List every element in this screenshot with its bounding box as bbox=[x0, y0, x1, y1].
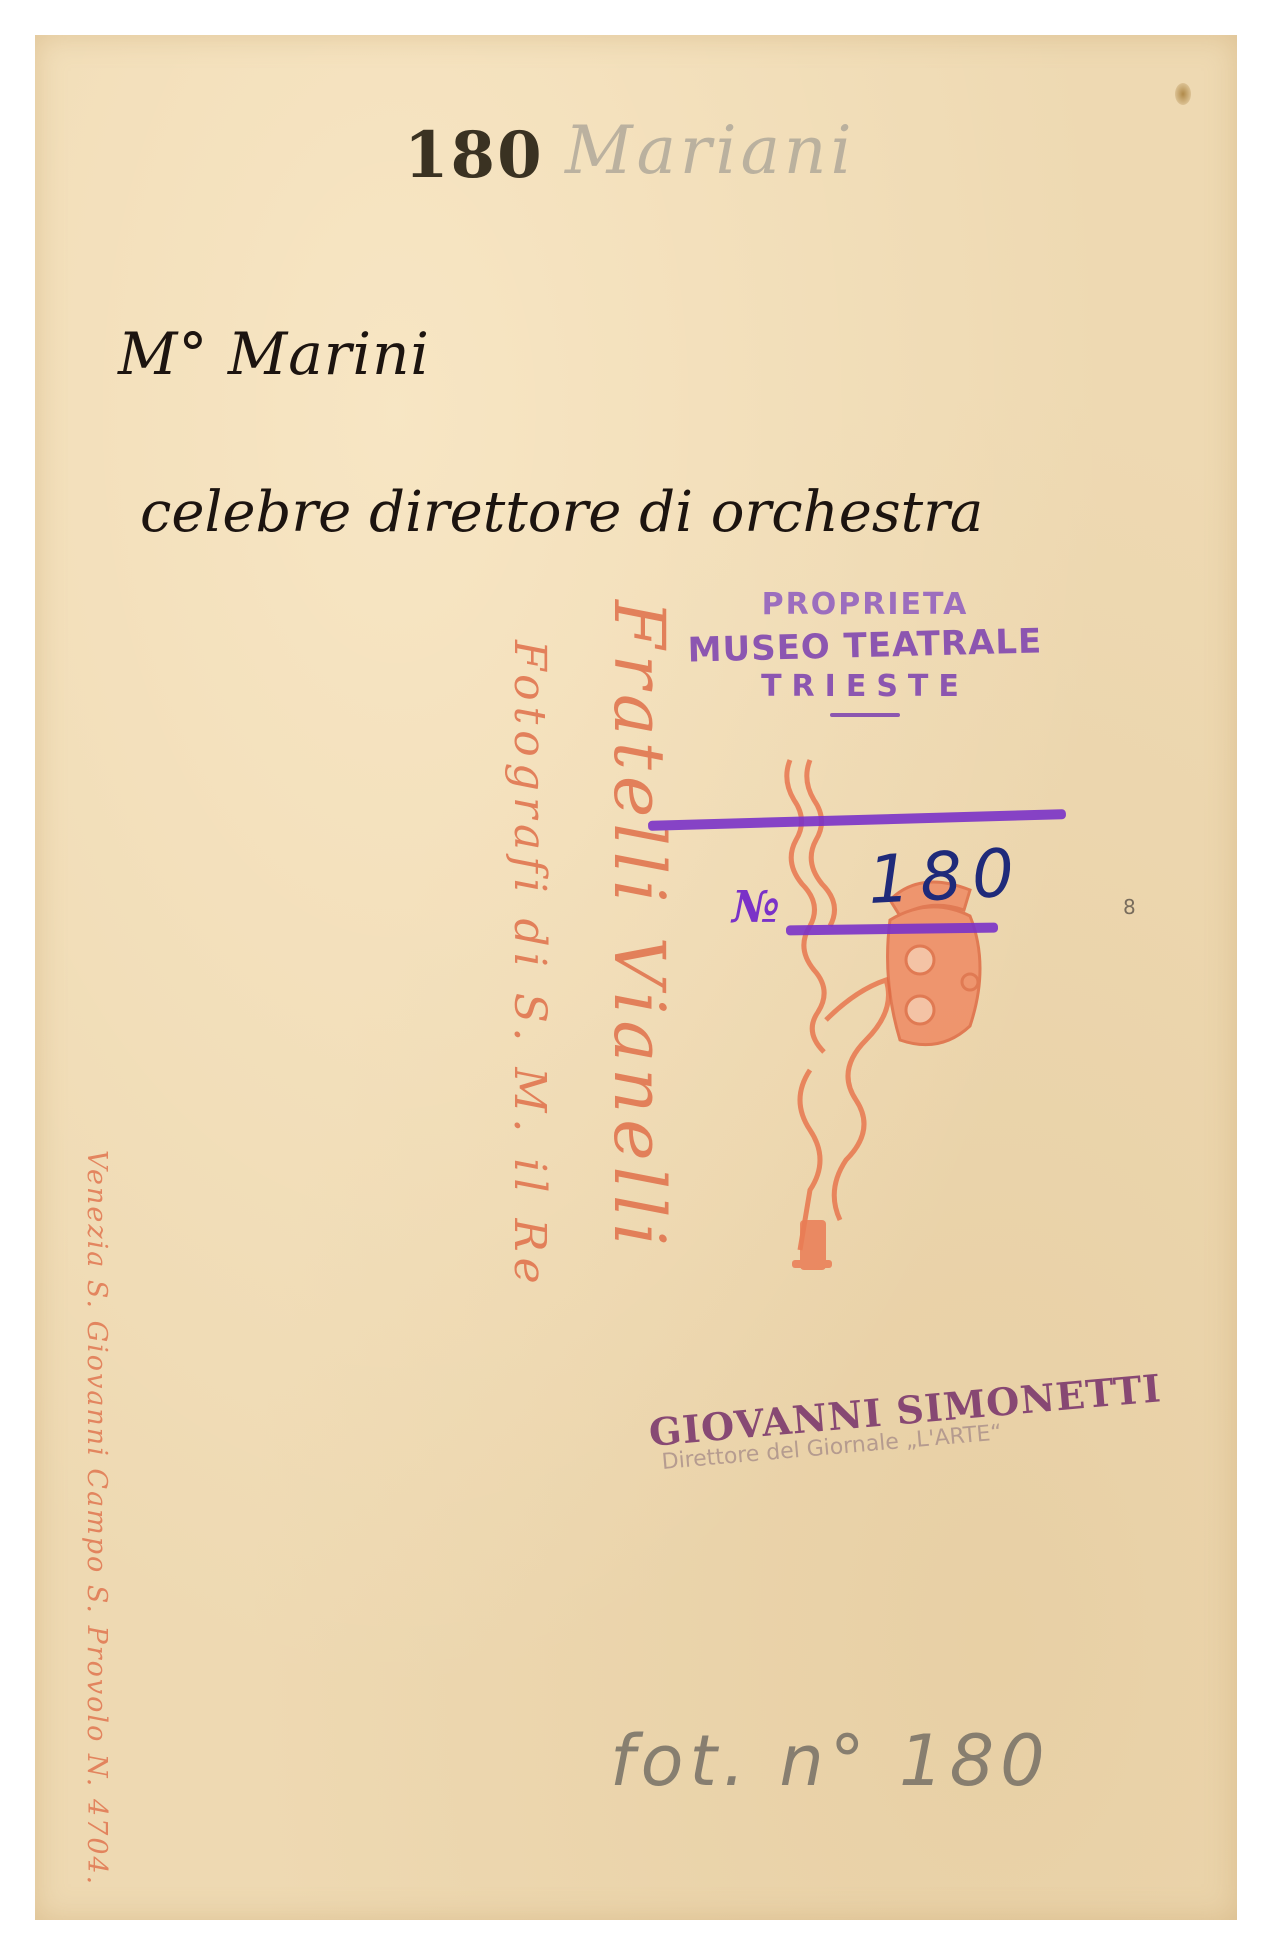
crown-with-ribbon-and-tassel-icon bbox=[770, 720, 990, 1280]
margin-pencil-mark: 8 bbox=[1123, 895, 1136, 919]
register-number-label: № bbox=[732, 882, 780, 933]
museum-property-stamp: PROPRIETA MUSEO TEATRALE TRIESTE bbox=[665, 585, 1065, 717]
photographer-address-imprint: Venezia S. Giovanni Campo S. Provolo N. … bbox=[81, 1150, 112, 1886]
stain-mark bbox=[1175, 83, 1191, 105]
pencil-name-annotation: Mariani bbox=[565, 112, 856, 189]
handwritten-name: M° Marini bbox=[118, 320, 430, 388]
photographer-title-imprint: Fotografi di S. M. il Re bbox=[504, 640, 555, 1290]
stamp-line-proprieta: PROPRIETA bbox=[665, 585, 1065, 625]
handwritten-description: celebre direttore di orchestra bbox=[140, 480, 983, 545]
stamp-line-trieste: TRIESTE bbox=[665, 667, 1065, 707]
pencil-photo-number: fot. n° 180 bbox=[610, 1720, 1051, 1802]
stamp-divider bbox=[830, 713, 900, 717]
register-number-value: 180 bbox=[866, 834, 1026, 919]
stamp-line-museo: MUSEO TEATRALE bbox=[665, 620, 1066, 672]
printed-inventory-number: 180 bbox=[404, 118, 544, 193]
